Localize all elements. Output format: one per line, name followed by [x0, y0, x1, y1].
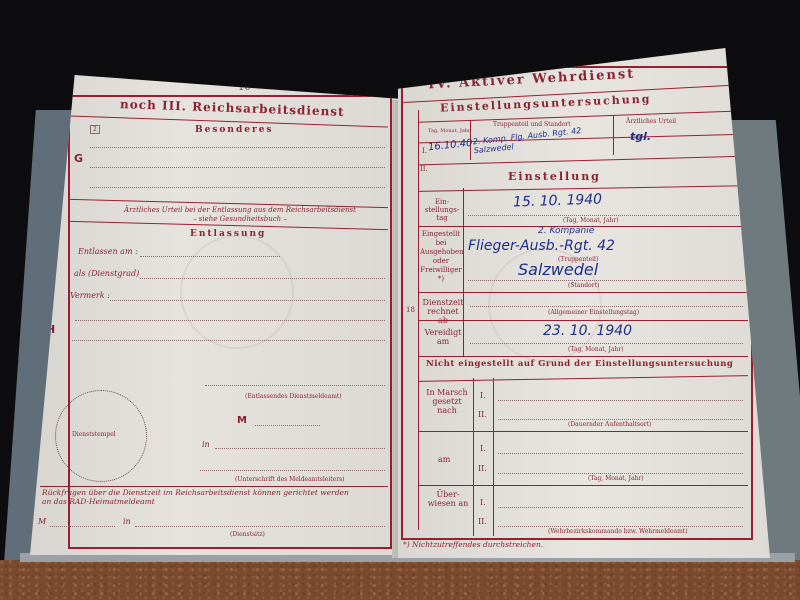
medical-note-line1: Ärztliches Urteil bei der Entlassung aus…: [95, 206, 385, 214]
caption-dienstsitz: (Dienstsitz): [230, 531, 265, 538]
subsection-entlassung: Entlassung: [190, 229, 266, 239]
label-entlassen-am: Entlassen am :: [78, 247, 138, 256]
label-als-dienstgrad: als (Dienstgrad): [74, 269, 139, 278]
divider: [418, 431, 748, 432]
label-einstellungstag: Ein-stellungs-tag: [422, 198, 462, 222]
field-am-i: [498, 453, 743, 454]
caption-tag-monat-jahr: (Tag, Monat, Jahr): [588, 475, 644, 482]
field-einstellungstag: [468, 215, 743, 216]
field-m: [255, 425, 320, 426]
label-vermerk: Vermerk :: [70, 291, 110, 300]
value-location: Salzwedel: [518, 260, 598, 279]
page-number: 10: [238, 82, 251, 93]
field-dienstgrad: [140, 278, 385, 279]
field-marsch-ii: [498, 419, 743, 420]
field-vermerk-3: [72, 340, 385, 341]
cork-board-background: [0, 560, 800, 600]
field-ueberwiesen-i: [498, 507, 743, 508]
field-ueberwiesen-ii: [498, 526, 743, 527]
divider: [418, 320, 748, 321]
bottom-m-label: M: [38, 517, 46, 526]
caption-dienstzeit: (Allgemeiner Einstellungstag): [548, 309, 639, 316]
m-label: M: [237, 415, 247, 426]
roman-i: I.: [480, 444, 486, 453]
roman-i: I.: [480, 391, 486, 400]
exam-row-i-verdict: tgl.: [630, 130, 651, 143]
field-vermerk-1: [110, 300, 385, 301]
besonderes-line-2: [90, 167, 385, 168]
header-verdict: Ärztliches Urteil: [626, 118, 676, 125]
field-am-ii: [498, 473, 743, 474]
divider: [40, 486, 388, 487]
caption-standort: (Standort): [568, 282, 599, 289]
divider: [418, 292, 748, 293]
exam-row-ii-roman: II.: [420, 165, 428, 173]
rueckfragen-line2: an das RAD-Heimatmeldeamt: [42, 497, 155, 506]
besonderes-line-1: [90, 147, 385, 148]
caption-entlassendes-dienstmeldeamt: (Entlassendes Dienstmeldeamt): [245, 393, 342, 400]
margin-number: 18: [406, 306, 415, 314]
label-am: am: [438, 455, 450, 464]
field-dienstzeit: [470, 306, 743, 307]
value-einstellungstag: 15. 10. 1940: [513, 191, 603, 210]
stamp-label: Dienststempel: [72, 431, 116, 438]
left-page: 10 noch III. Reichsarbeitsdienst 2 Beson…: [30, 75, 402, 555]
label-in-marsch: In Marsch gesetzt nach: [422, 388, 472, 415]
footnote: *) Nichtzutreffendes durchstreichen.: [403, 540, 543, 549]
nicht-eingestellt-title: Nicht eingestellt auf Grund der Einstell…: [426, 359, 733, 369]
roman-ii: II.: [478, 410, 487, 419]
value-company: 2. Kompanie: [538, 226, 594, 236]
header-date: Tag, Monat, Jahr: [428, 128, 470, 134]
col-divider: [493, 378, 494, 536]
label-eingestellt: Eingestellt bei Ausgehoben oder Freiwill…: [420, 230, 462, 284]
header-unit: Truppenteil und Standort: [493, 121, 571, 128]
caption-unterschrift: (Unterschrift des Meldeamtsleiters): [235, 476, 345, 483]
field-in: [215, 448, 385, 449]
label-vereidigt: Vereidigt am: [422, 328, 464, 346]
field-vermerk-2: [75, 320, 385, 321]
in-label: in: [202, 440, 210, 449]
field-bottom-m: [50, 526, 115, 527]
exam-row-i-roman: I.: [422, 147, 427, 155]
roman-i: I.: [480, 498, 486, 507]
subsection-besonderes: Besonderes: [195, 125, 274, 135]
box-number: 2: [90, 125, 100, 134]
besonderes-line-3: [90, 187, 385, 188]
field-standort: [468, 280, 743, 281]
caption-einstellungstag: (Tag, Monat, Jahr): [563, 217, 619, 224]
divider: [418, 356, 748, 357]
caption-vereidigt: (Tag, Monat, Jahr): [568, 346, 624, 353]
field-entlassen-am: [140, 256, 280, 257]
field-dienstsitz: [135, 526, 385, 527]
page-number: 11: [533, 58, 546, 69]
caption-aufenthaltsort: (Dauernder Aufenthaltsort): [568, 421, 651, 428]
value-unit: Flieger-Ausb.-Rgt. 42: [468, 238, 615, 254]
field-dienstmeldeamt: [205, 385, 385, 386]
col-divider: [473, 378, 474, 536]
field-marsch-i: [498, 400, 743, 401]
caption-wehrbezirkskommando: (Wehrbezirkskommando bzw. Wehrmeldeamt): [548, 528, 688, 535]
rueckfragen-line1: Rückfragen über die Dienstzeit im Reichs…: [42, 488, 349, 497]
field-vereidigt: [470, 343, 743, 344]
subsection-einstellung: Einstellung: [508, 170, 601, 183]
col-divider: [613, 115, 614, 155]
field-unterschrift: [200, 470, 385, 471]
bottom-in-label: in: [123, 517, 131, 526]
right-page: 11 IV. Aktiver Wehrdienst Einstellungsun…: [398, 48, 770, 558]
divider: [418, 485, 748, 486]
roman-ii: II.: [478, 517, 487, 526]
label-ueberwiesen: Über-wiesen an: [424, 490, 472, 508]
margin-letter-g: G: [74, 152, 83, 165]
roman-ii: II.: [478, 464, 487, 473]
value-vereidigt: 23. 10. 1940: [543, 323, 632, 339]
